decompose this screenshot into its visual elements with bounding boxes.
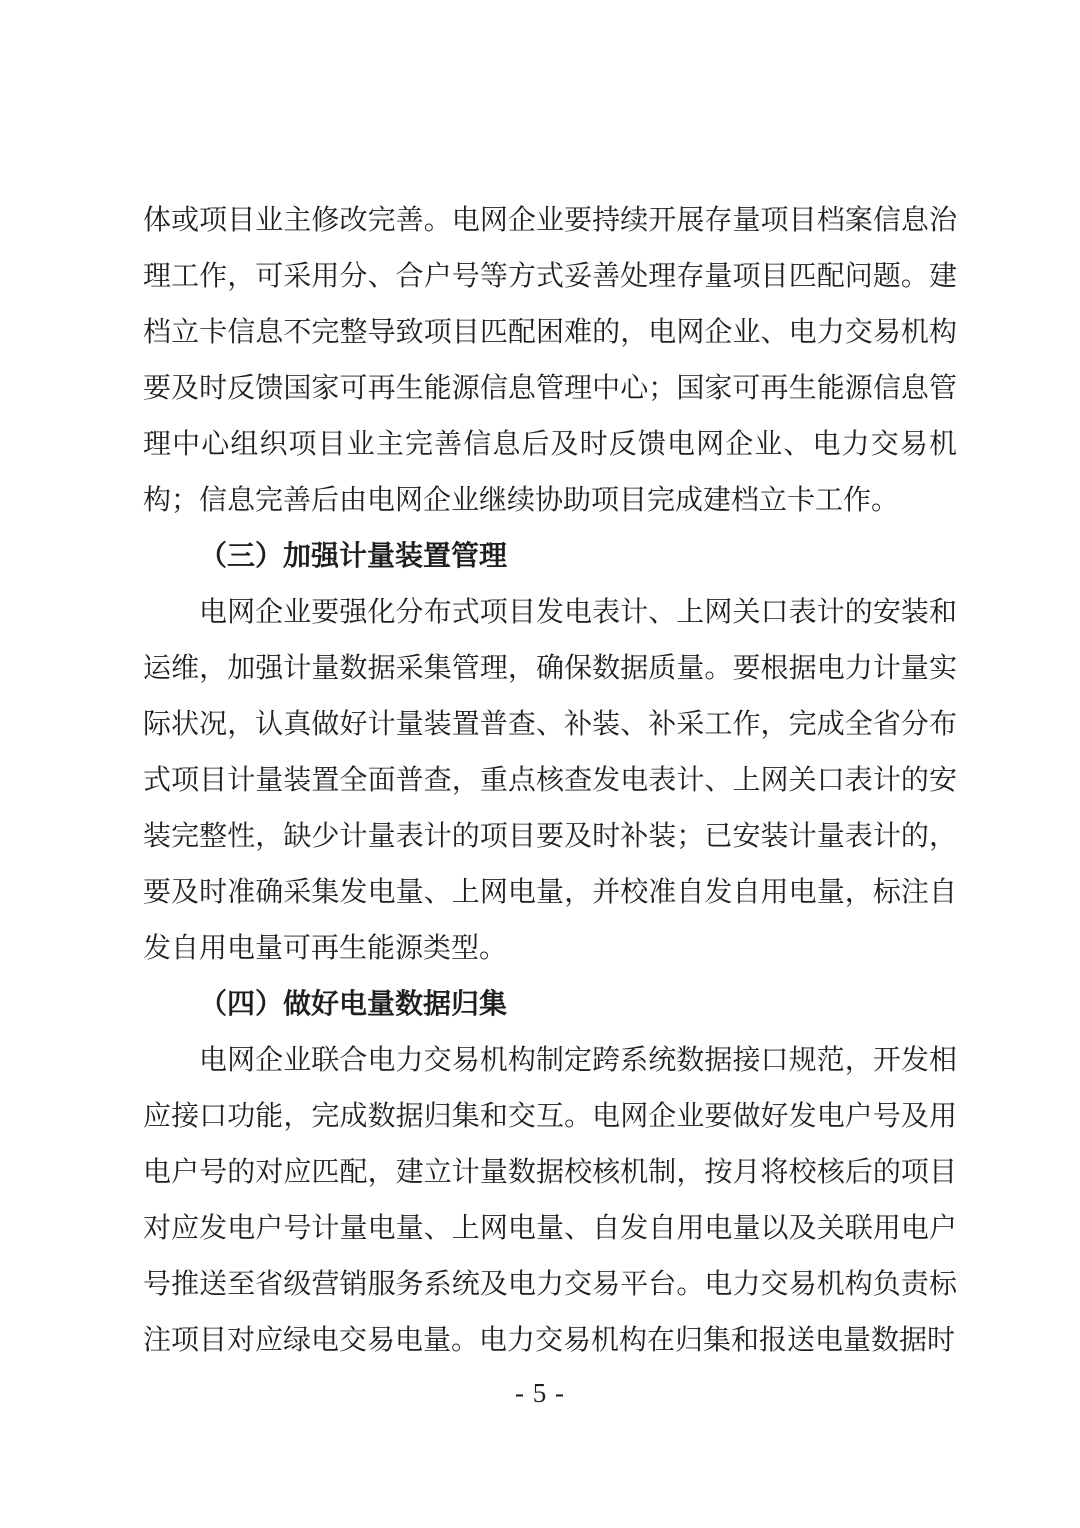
paragraph-archive-info-governance: 体或项目业主修改完善。电网企业要持续开展存量项目档案信息治理工作，可采用分、合户… bbox=[143, 193, 957, 529]
document-body: 体或项目业主修改完善。电网企业要持续开展存量项目档案信息治理工作，可采用分、合户… bbox=[143, 193, 957, 1369]
document-page: 体或项目业主修改完善。电网企业要持续开展存量项目档案信息治理工作，可采用分、合户… bbox=[0, 0, 1080, 1528]
paragraph-metering-device-management: 电网企业要强化分布式项目发电表计、上网关口表计的安装和运维，加强计量数据采集管理… bbox=[143, 585, 957, 977]
heading-section-4-electricity-data-aggregation: （四）做好电量数据归集 bbox=[143, 977, 957, 1033]
heading-section-3-metering-device-management: （三）加强计量装置管理 bbox=[143, 529, 957, 585]
page-number: - 5 - bbox=[0, 1376, 1080, 1410]
paragraph-electricity-data-aggregation: 电网企业联合电力交易机构制定跨系统数据接口规范，开发相应接口功能，完成数据归集和… bbox=[143, 1033, 957, 1369]
